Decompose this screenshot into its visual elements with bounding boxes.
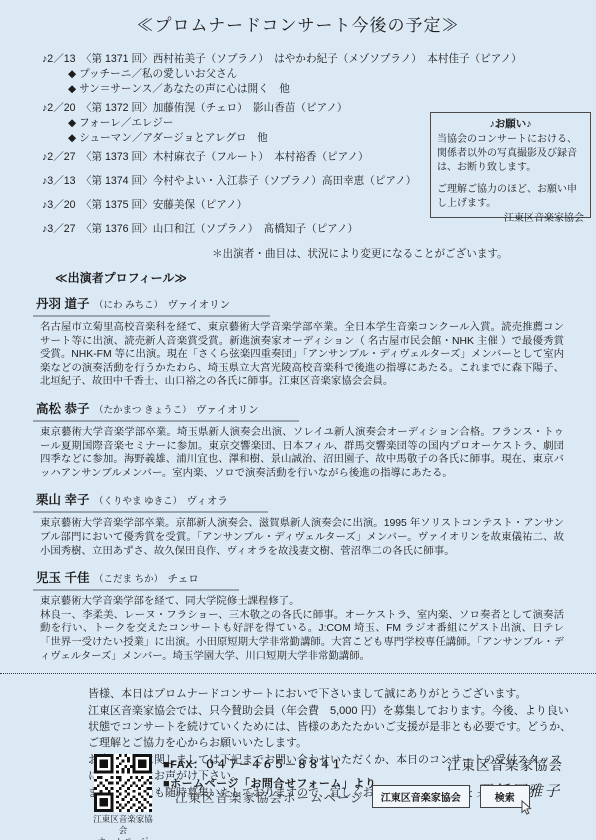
qr-code-block: 江東区音楽家協会 ホームページ — [90, 754, 156, 840]
profile-name-header: 丹羽 道子 （にわ みちこ） ヴァイオリン — [33, 294, 270, 317]
performer-bio: 東京藝術大学音楽学部を経て、同大学院修士課程修了。 林良一、李柔美、レーヌ・フラ… — [40, 595, 564, 663]
performer-profile: 栗山 幸子 （くりやま ゆきこ） ヴィオラ 東京藝術大学音楽学部卒業。京都新人演… — [33, 490, 596, 558]
photo-recording-notice-box: ♪お願い♪ 当協会のコンサートにおける、 関係者以外の写真撮影及び録音 は、お断… — [430, 112, 591, 218]
search-button[interactable]: 検索 — [480, 785, 530, 808]
performer-instrument: ヴィオラ — [187, 495, 228, 507]
performer-profile: 高松 恭子 （たかまつ きょうこ） ヴァイオリン 東京藝術大学音楽学部卒業。埼玉… — [33, 399, 596, 480]
profile-name-header: 高松 恭子 （たかまつ きょうこ） ヴァイオリン — [33, 399, 299, 422]
organization-name: 江東区音楽家協会 — [420, 754, 590, 774]
schedule-piece: ◆ プッチーニ／私の愛しいお父さん — [68, 67, 596, 82]
performer-kana: （くりやま ゆきこ） — [94, 496, 182, 507]
performer-bio: 東京藝術大学音楽学部卒業。埼玉県新人演奏会出演、ソレイユ新人演奏会オーディション… — [40, 426, 564, 480]
performer-kana: （こだま ちか） — [94, 574, 163, 585]
performer-kana: （にわ みちこ） — [94, 300, 163, 311]
notice-signature: 江東区音楽家協会 — [437, 212, 584, 226]
page-title: ≪プロムナードコンサート今後の予定≫ — [0, 0, 596, 36]
profiles-heading: ≪出演者プロフィール≫ — [55, 269, 596, 286]
schedule-line: ♪2／13 〈第 1371 回〉西村祐美子（ソプラノ） はやかわ紀子（メゾソプラ… — [42, 52, 596, 67]
performer-name: 丹羽 道子 — [36, 297, 89, 311]
notice-body: 当協会のコンサートにおける、 関係者以外の写真撮影及び録音 は、お断り致します。 — [437, 133, 584, 175]
dotted-divider — [0, 673, 596, 674]
concert-flyer-page: ≪プロムナードコンサート今後の予定≫ ♪2／13 〈第 1371 回〉西村祐美子… — [0, 0, 596, 840]
qr-code — [94, 754, 152, 812]
schedule-item: ♪2／13 〈第 1371 回〉西村祐美子（ソプラノ） はやかわ紀子（メゾソプラ… — [42, 52, 596, 96]
performer-kana: （たかまつ きょうこ） — [94, 405, 192, 416]
profile-name-header: 児玉 千佳 （こだま ちか） チェロ — [33, 568, 239, 591]
profile-name-header: 栗山 幸子 （くりやま ゆきこ） ヴィオラ — [33, 490, 268, 513]
notice-title: ♪お願い♪ — [437, 117, 584, 131]
notice-body: ご理解ご協力のほど、お願い申 し上げます。 — [437, 183, 584, 211]
performer-instrument: ヴァイオリン — [196, 404, 259, 416]
performer-instrument: ヴァイオリン — [168, 299, 231, 311]
performer-bio: 名古屋市立菊里高校音楽科を経て、東京藝術大学音楽学部卒業。全日本学生音楽コンクー… — [40, 321, 564, 389]
cursor-icon — [520, 800, 533, 815]
qr-caption: 江東区音楽家協会 ホームページ — [90, 814, 156, 840]
search-label: 江東区音楽家協会ホームページ — [175, 788, 364, 806]
search-button-label: 検索 — [495, 793, 515, 804]
schedule-change-note: ＊出演者・曲目は、状況により変更になることがございます。 — [212, 246, 596, 261]
performer-name: 児玉 千佳 — [36, 571, 89, 585]
performer-name: 栗山 幸子 — [36, 493, 89, 507]
performer-profile: 児玉 千佳 （こだま ちか） チェロ 東京藝術大学音楽学部を経て、同大学院修士課… — [33, 568, 596, 663]
schedule-piece: ◆ サン＝サーンス／あなたの声に心は開く 他 — [68, 82, 596, 97]
performer-bio: 東京藝術大学音楽学部卒業。京都新人演奏会、滋賀県新人演奏会に出演。1995 年ソ… — [40, 517, 564, 558]
performer-instrument: チェロ — [168, 573, 199, 585]
homepage-search-row: 江東区音楽家協会ホームページ 江東区音楽家協会 検索 — [175, 785, 530, 808]
fax-line: ■FAX：０４７－４６５－８８４１ — [163, 756, 376, 775]
search-input[interactable]: 江東区音楽家協会 — [372, 785, 470, 808]
performer-profile: 丹羽 道子 （にわ みちこ） ヴァイオリン 名古屋市立菊里高校音楽科を経て、東京… — [33, 294, 596, 389]
performer-name: 高松 恭子 — [36, 402, 89, 416]
